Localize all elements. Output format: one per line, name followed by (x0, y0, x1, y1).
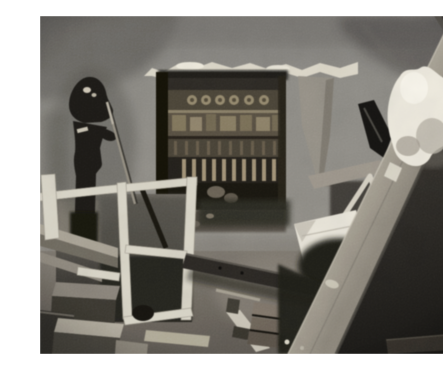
tomb-chamber-photograph (40, 16, 443, 354)
photo-canvas (40, 16, 443, 354)
film-grain-overlay (40, 16, 443, 354)
